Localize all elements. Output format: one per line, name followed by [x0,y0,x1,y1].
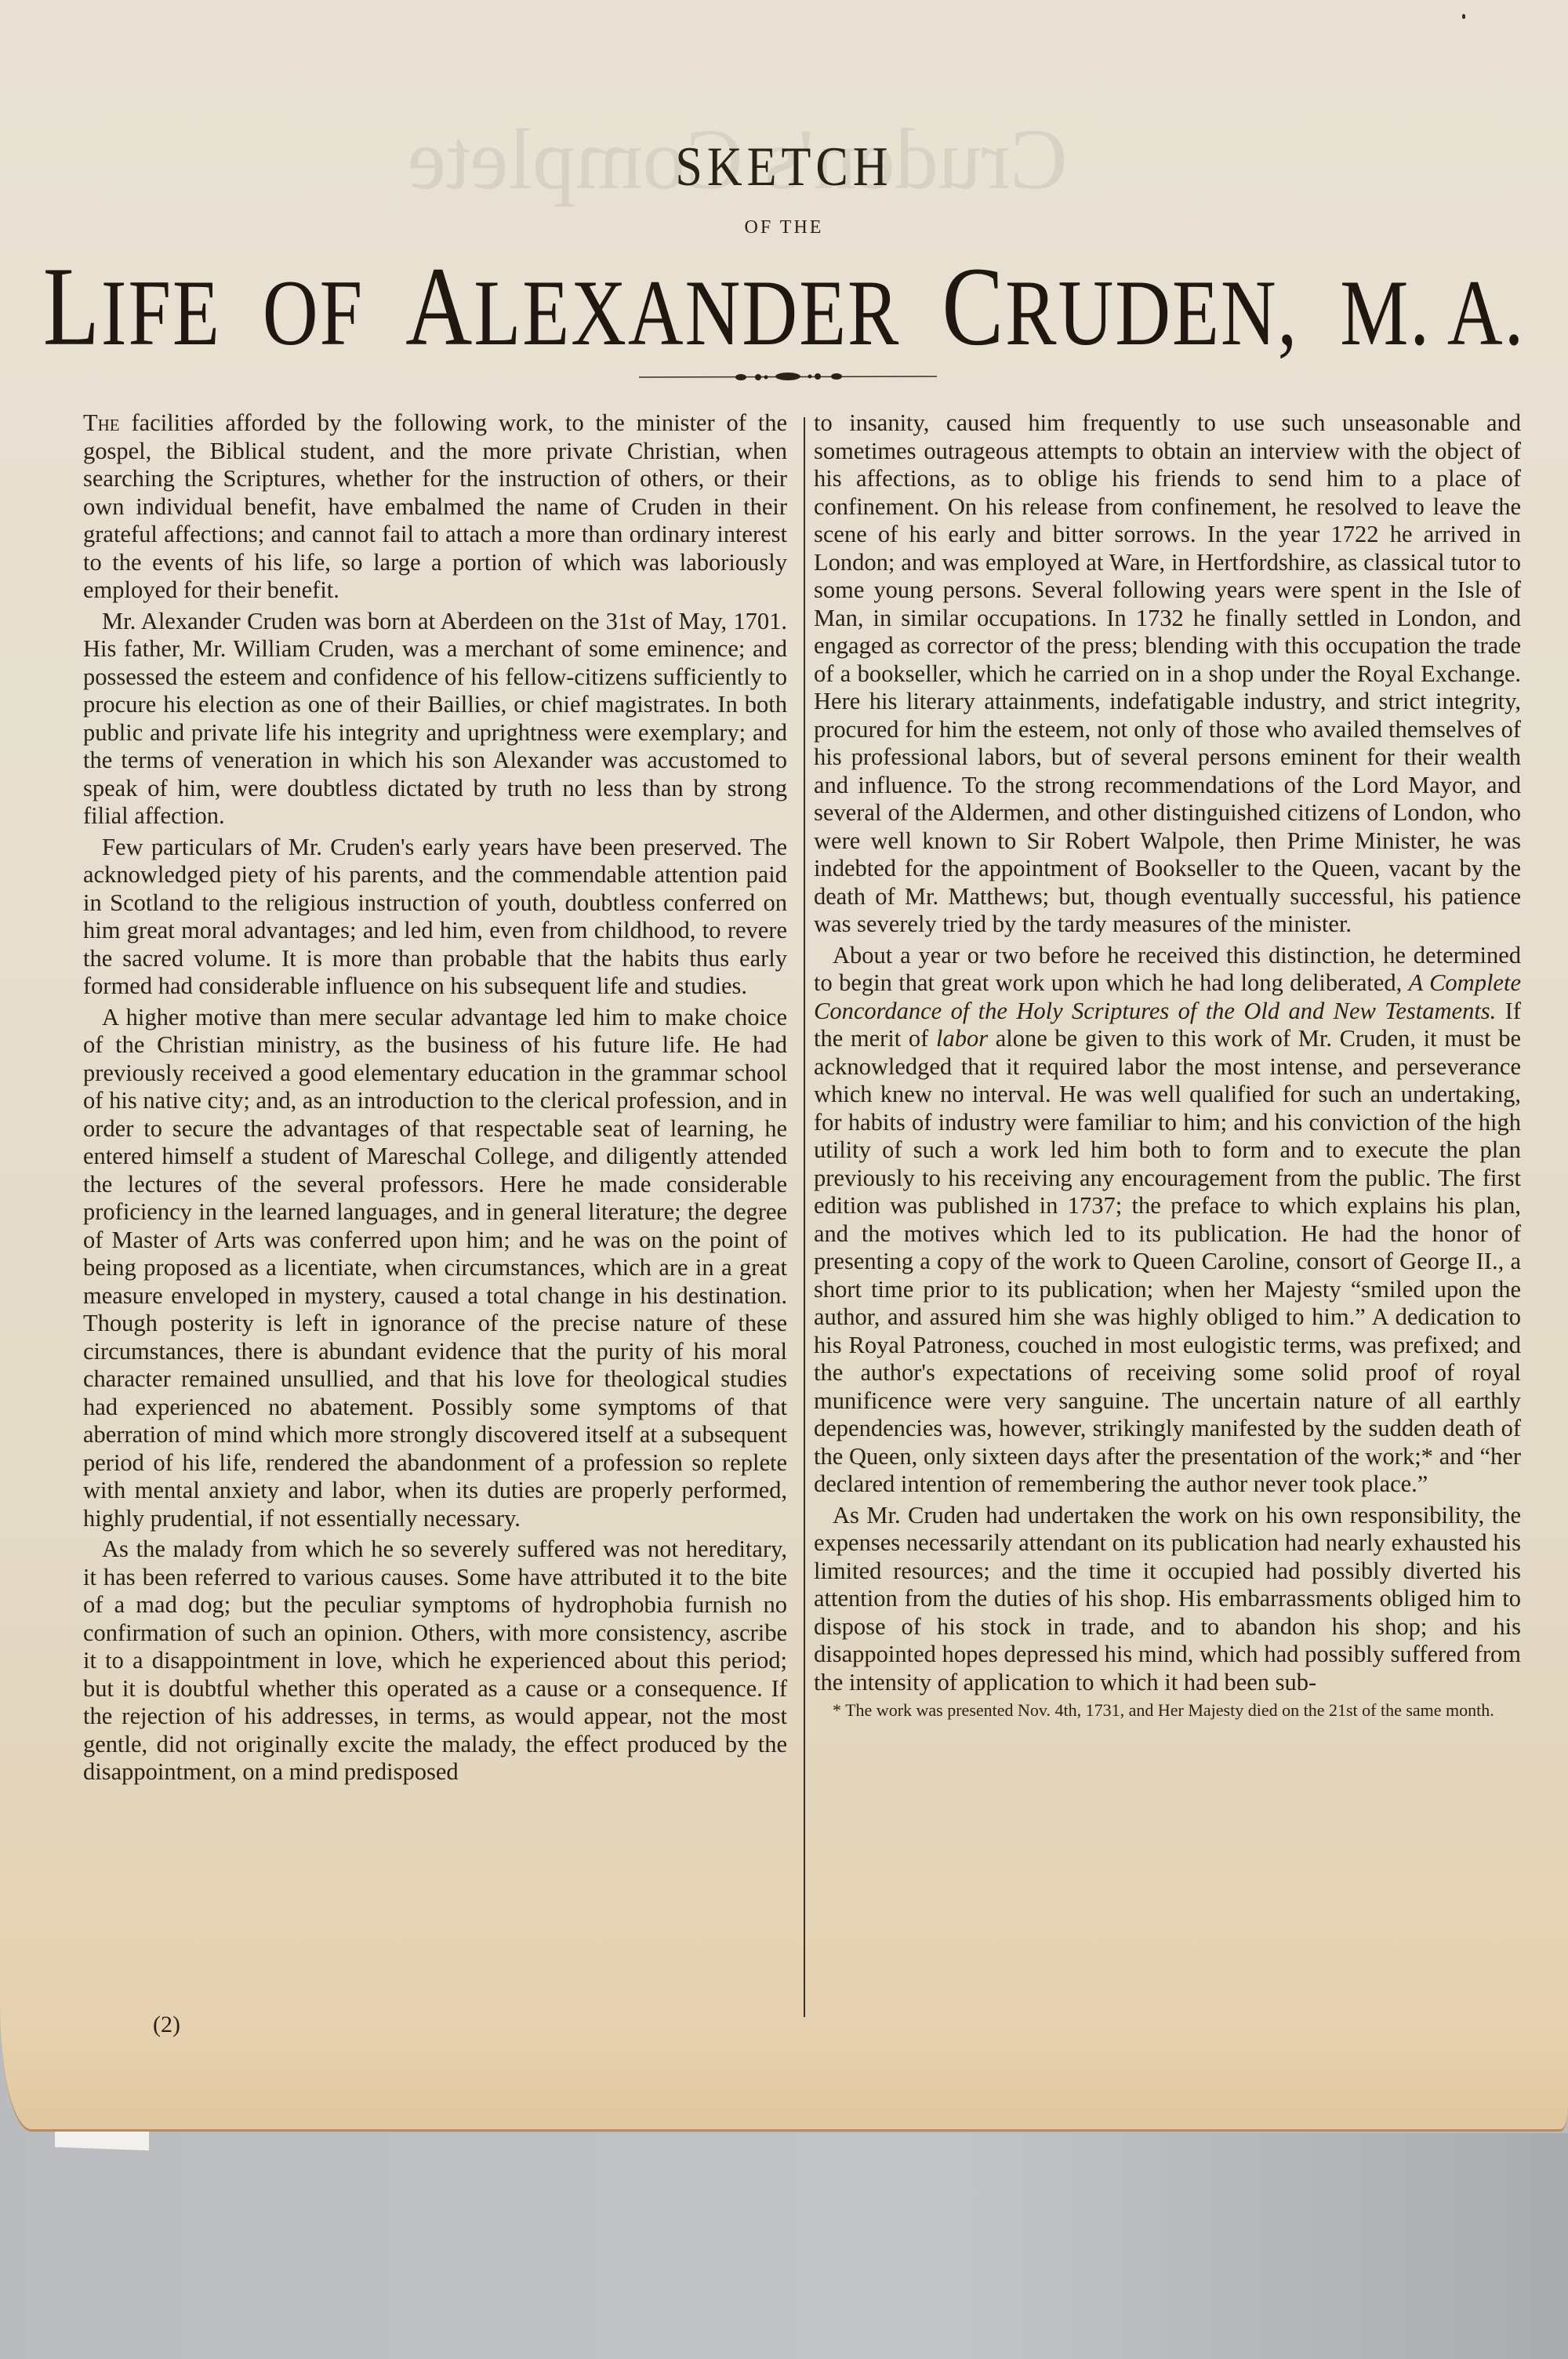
title-of-the: OF THE [0,217,1568,238]
scan-backdrop [0,2133,1568,2359]
right-column: to insanity, caused him frequently to us… [800,409,1521,1721]
title-word-cruden: CRUDEN, [942,262,1298,365]
page-title: LIFE OF ALEXANDER CRUDEN, M. A. [0,249,1568,371]
paragraph: Few particulars of Mr. Cruden's early ye… [83,834,787,1001]
footnote: * The work was presented Nov. 4th, 1731,… [814,1699,1521,1721]
paragraph: Mr. Alexander Cruden was born at Aberdee… [83,608,787,831]
paragraph: A higher motive than mere secular advant… [83,1004,787,1533]
page-number: (2) [153,2012,180,2038]
book-page: Cruden's Complete SKETCH OF THE LIFE OF … [0,0,1568,2132]
title-word-ma: M. A. [1340,262,1525,365]
left-column: The facilities afforded by the following… [83,409,787,1787]
paragraph: to insanity, caused him frequently to us… [814,409,1521,939]
title-sketch: SKETCH [0,136,1568,200]
ink-speck [1462,14,1465,19]
paragraph: About a year or two before he received t… [814,942,1521,1499]
paragraph: As the malady from which he so severely … [83,1536,787,1787]
title-word-of: OF [263,262,364,365]
ornament-rule-icon [639,369,937,384]
paragraph: As Mr. Cruden had undertaken the work on… [814,1502,1521,1697]
emphasis-labor: labor [936,1025,988,1052]
title-word-alexander: ALEXANDER [405,262,900,365]
paragraph: The facilities afforded by the following… [83,409,787,605]
title-word-life: LIFE [43,262,221,365]
